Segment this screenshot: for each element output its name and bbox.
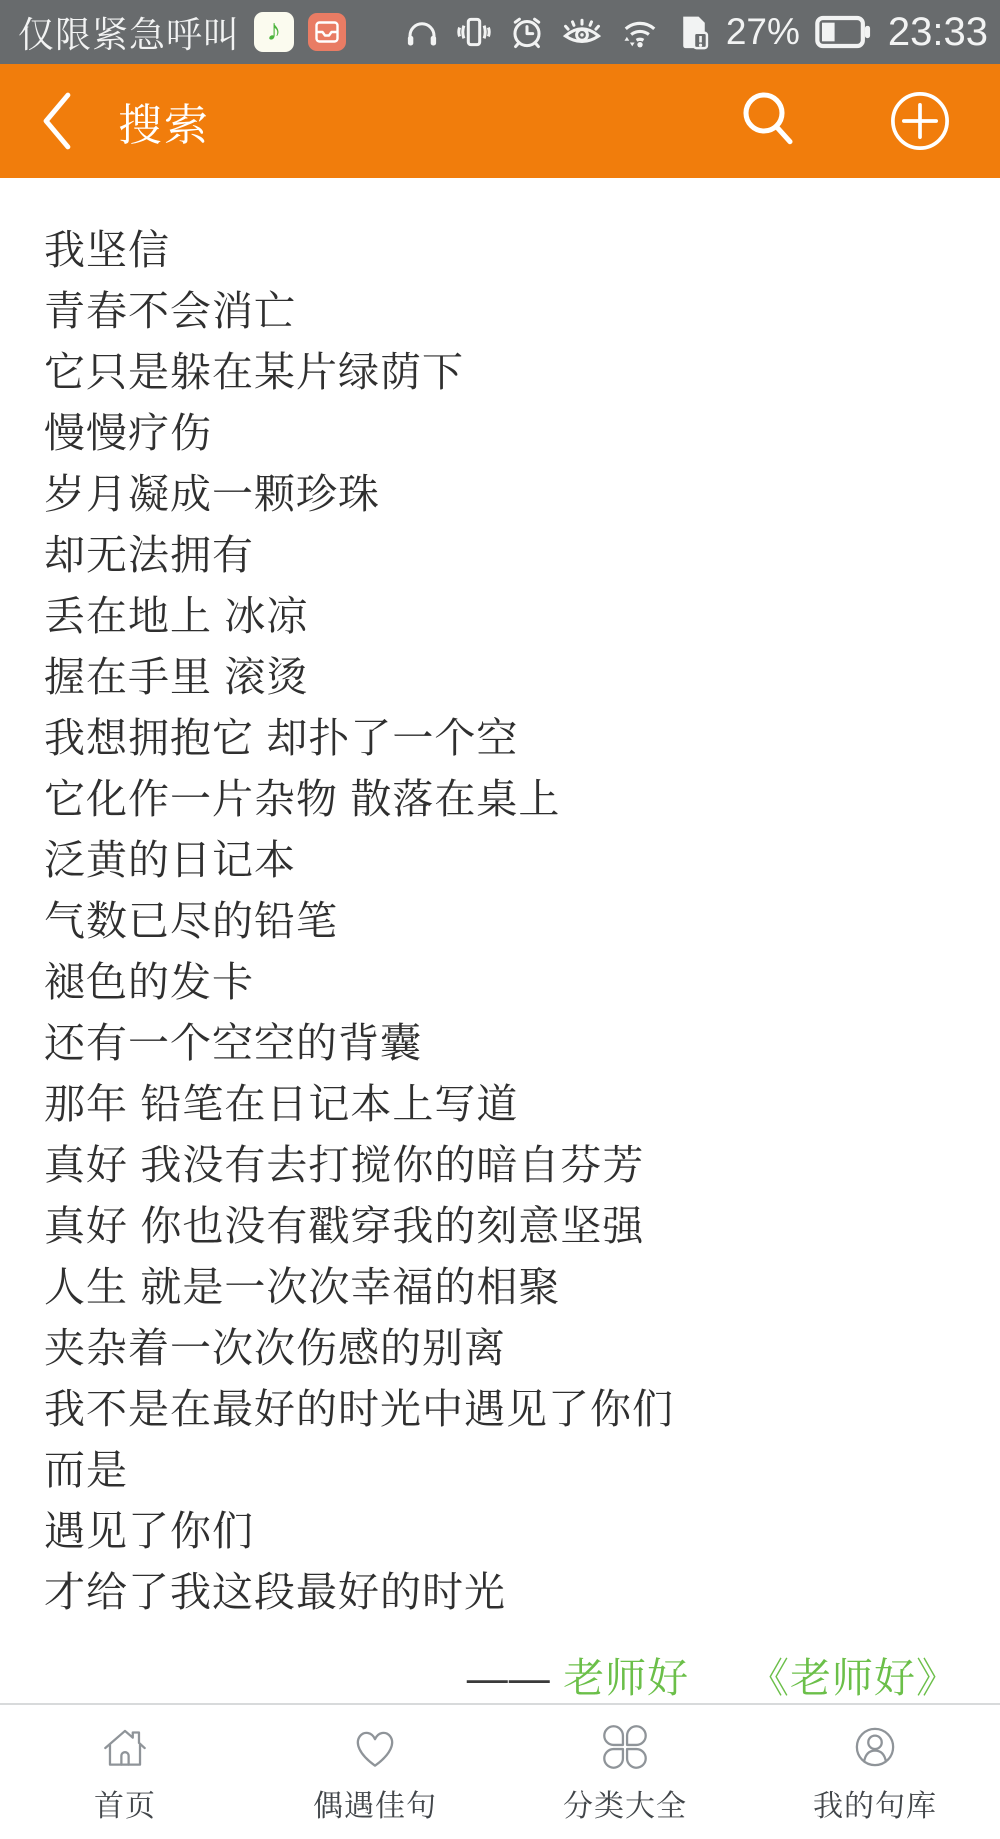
poem-line: 遇见了你们	[44, 1501, 980, 1562]
tab-my-library[interactable]: 我的句库	[750, 1705, 1000, 1839]
poem-line: 却无法拥有	[44, 525, 980, 586]
tab-favorites[interactable]: 偶遇佳句	[250, 1705, 500, 1839]
search-icon	[738, 89, 798, 153]
heart-icon	[346, 1718, 404, 1776]
qq-music-notification-icon: ♪	[254, 12, 294, 52]
poem-line: 还有一个空空的背囊	[44, 1013, 980, 1074]
poem-line: 青春不会消亡	[44, 281, 980, 342]
sd-card-alert-icon	[677, 12, 711, 52]
home-icon	[96, 1718, 154, 1776]
poem-line: 真好 你也没有戳穿我的刻意坚强	[44, 1196, 980, 1257]
poem-line: 我想拥抱它 却扑了一个空	[44, 708, 980, 769]
poem-line: 气数已尽的铅笔	[44, 891, 980, 952]
battery-percent: 27%	[726, 11, 800, 53]
tab-favorites-label: 偶遇佳句	[313, 1781, 437, 1825]
clock-text: 23:33	[888, 10, 988, 55]
poem-line: 泛黄的日记本	[44, 830, 980, 891]
tab-categories[interactable]: 分类大全	[500, 1705, 750, 1839]
tab-categories-label: 分类大全	[563, 1781, 687, 1825]
attribution-author-link[interactable]: 老师好	[563, 1655, 689, 1701]
carrier-text: 仅限紧急呼叫	[18, 7, 240, 58]
categories-icon	[596, 1718, 654, 1776]
poem-scroll-area[interactable]: 我坚信 青春不会消亡 它只是躲在某片绿荫下 慢慢疗伤 岁月凝成一颗珍珠 却无法拥…	[0, 178, 1000, 1839]
poem-attribution: —— 老师好 《老师好》	[467, 1648, 958, 1709]
add-button[interactable]	[890, 91, 950, 151]
poem-line: 丢在地上 冰凉	[44, 586, 980, 647]
poem-line: 岁月凝成一颗珍珠	[44, 464, 980, 525]
search-button[interactable]	[738, 89, 798, 153]
poem-line: 而是	[44, 1440, 980, 1501]
headphones-icon	[404, 13, 440, 51]
poem-line: 夹杂着一次次伤感的别离	[44, 1318, 980, 1379]
poem-line: 它化作一片杂物 散落在桌上	[44, 769, 980, 830]
tab-home[interactable]: 首页	[0, 1705, 250, 1839]
status-icons-cluster: 27% 23:33	[404, 10, 988, 55]
attribution-work-link[interactable]: 《老师好》	[748, 1655, 958, 1701]
wifi-icon	[618, 13, 662, 51]
poem-line: 人生 就是一次次幸福的相聚	[44, 1257, 980, 1318]
poem-line: 我坚信	[44, 220, 980, 281]
back-chevron-icon	[40, 91, 74, 151]
inbox-notification-icon	[308, 13, 346, 51]
tab-my-library-label: 我的句库	[813, 1781, 937, 1825]
plus-circle-icon	[890, 91, 950, 151]
phone-screen: 仅限紧急呼叫 ♪	[0, 0, 1000, 1839]
profile-icon	[846, 1718, 904, 1776]
alarm-clock-icon	[508, 13, 546, 51]
poem-line: 才给了我这段最好的时光	[44, 1562, 980, 1623]
back-button[interactable]	[0, 81, 82, 161]
status-bar: 仅限紧急呼叫 ♪	[0, 0, 1000, 64]
poem-text: 我坚信 青春不会消亡 它只是躲在某片绿荫下 慢慢疗伤 岁月凝成一颗珍珠 却无法拥…	[0, 178, 1000, 1623]
poem-line: 慢慢疗伤	[44, 403, 980, 464]
vibrate-icon	[455, 13, 493, 51]
battery-icon	[815, 15, 871, 49]
bottom-tab-bar: 首页 偶遇佳句 分类大全 我的句库	[0, 1703, 1000, 1839]
poem-line: 它只是躲在某片绿荫下	[44, 342, 980, 403]
eye-comfort-icon	[561, 13, 603, 51]
poem-line: 真好 我没有去打搅你的暗自芬芳	[44, 1135, 980, 1196]
app-header: 搜索	[0, 64, 1000, 178]
tab-home-label: 首页	[94, 1781, 156, 1825]
poem-line: 握在手里 滚烫	[44, 647, 980, 708]
attribution-dash: ——	[467, 1655, 551, 1701]
page-title: 搜索	[118, 89, 210, 153]
poem-line: 褪色的发卡	[44, 952, 980, 1013]
poem-line: 那年 铅笔在日记本上写道	[44, 1074, 980, 1135]
poem-line: 我不是在最好的时光中遇见了你们	[44, 1379, 980, 1440]
